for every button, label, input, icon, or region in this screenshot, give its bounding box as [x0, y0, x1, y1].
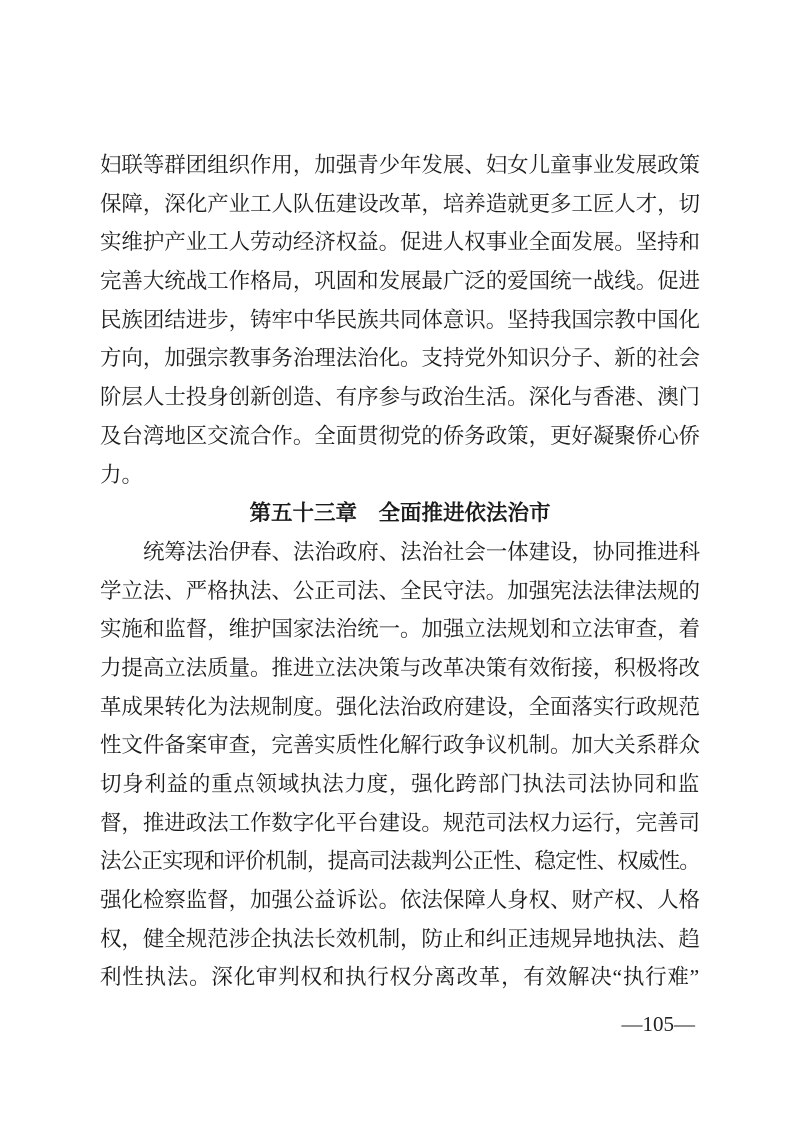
body-text: 妇联等群团组织作用，加强青少年发展、妇女儿童事业发展政策 保障，深化产业工人队伍…	[100, 146, 700, 997]
text-run: 完善大统战工作格局，巩固和发展最广泛的爱国统一战线。促进	[100, 269, 700, 293]
text-run: 法公正实现和评价机制，提高司法裁判公正性、稳定性、权威性。	[100, 849, 700, 873]
text-run: 实施和监督，维护国家法治统一。加强立法规划和立法审查，着	[100, 617, 700, 641]
text-line: 民族团结进步，铸牢中华民族共同体意识。坚持我国宗教中国化	[100, 301, 700, 340]
text-run: 革成果转化为法规制度。强化法治政府建设，全面落实行政规范	[100, 695, 700, 719]
text-line: 实施和监督，维护国家法治统一。加强立法规划和立法审查，着	[100, 610, 700, 649]
text-run: 强化检察监督，加强公益诉讼。依法保障人身权、财产权、人格	[100, 888, 700, 912]
text-run: 利性执法。深化审判权和执行权分离改革，有效解决“执行难”	[100, 965, 700, 989]
text-line: 力。	[100, 456, 700, 495]
text-run: 保障，深化产业工人队伍建设改革，培养造就更多工匠人才，切	[100, 192, 700, 216]
text-line: 妇联等群团组织作用，加强青少年发展、妇女儿童事业发展政策	[100, 146, 700, 185]
text-line: 切身利益的重点领域执法力度，强化跨部门执法司法协同和监	[100, 765, 700, 804]
chapter-heading-text: 第五十三章 全面推进依法治市	[249, 501, 550, 525]
text-line: 完善大统战工作格局，巩固和发展最广泛的爱国统一战线。促进	[100, 262, 700, 301]
document-page: 妇联等群团组织作用，加强青少年发展、妇女儿童事业发展政策 保障，深化产业工人队伍…	[0, 0, 793, 1122]
text-line: 阶层人士投身创新创造、有序参与政治生活。深化与香港、澳门	[100, 378, 700, 417]
text-run: 权，健全规范涉企执法长效机制，防止和纠正违规异地执法、趋	[100, 927, 700, 951]
page-number: —105—	[622, 1012, 696, 1036]
text-run: 阶层人士投身创新创造、有序参与政治生活。深化与香港、澳门	[100, 385, 700, 409]
text-line: 法公正实现和评价机制，提高司法裁判公正性、稳定性、权威性。	[100, 842, 700, 881]
text-run: 及台湾地区交流合作。全面贯彻党的侨务政策，更好凝聚侨心侨	[100, 424, 700, 448]
text-run: 学立法、严格执法、公正司法、全民守法。加强宪法法律法规的	[100, 579, 700, 603]
text-line: 统筹法治伊春、法治政府、法治社会一体建设，协同推进科	[100, 533, 700, 572]
text-line: 方向，加强宗教事务治理法治化。支持党外知识分子、新的社会	[100, 339, 700, 378]
text-run: 力。	[100, 463, 143, 487]
text-run: 切身利益的重点领域执法力度，强化跨部门执法司法协同和监	[100, 772, 700, 796]
text-run: 实维护产业工人劳动经济权益。促进人权事业全面发展。坚持和	[100, 230, 700, 254]
text-line: 利性执法。深化审判权和执行权分离改革，有效解决“执行难”	[100, 958, 700, 997]
text-run: 性文件备案审查，完善实质性化解行政争议机制。加大关系群众	[100, 733, 700, 757]
text-run: 方向，加强宗教事务治理法治化。支持党外知识分子、新的社会	[100, 346, 700, 370]
text-line: 学立法、严格执法、公正司法、全民守法。加强宪法法律法规的	[100, 572, 700, 611]
text-line: 强化检察监督，加强公益诉讼。依法保障人身权、财产权、人格	[100, 881, 700, 920]
chapter-heading: 第五十三章 全面推进依法治市	[100, 494, 700, 533]
text-run: 力提高立法质量。推进立法决策与改革决策有效衔接，积极将改	[100, 656, 700, 680]
text-run: 统筹法治伊春、法治政府、法治社会一体建设，协同推进科	[143, 540, 700, 564]
text-run: 妇联等群团组织作用，加强青少年发展、妇女儿童事业发展政策	[100, 153, 700, 177]
page-number-text: —105—	[622, 1012, 696, 1036]
text-line: 督，推进政法工作数字化平台建设。规范司法权力运行，完善司	[100, 804, 700, 843]
text-line: 权，健全规范涉企执法长效机制，防止和纠正违规异地执法、趋	[100, 920, 700, 959]
text-line: 保障，深化产业工人队伍建设改革，培养造就更多工匠人才，切	[100, 185, 700, 224]
text-line: 力提高立法质量。推进立法决策与改革决策有效衔接，积极将改	[100, 649, 700, 688]
text-line: 及台湾地区交流合作。全面贯彻党的侨务政策，更好凝聚侨心侨	[100, 417, 700, 456]
text-line: 革成果转化为法规制度。强化法治政府建设，全面落实行政规范	[100, 688, 700, 727]
text-line: 性文件备案审查，完善实质性化解行政争议机制。加大关系群众	[100, 726, 700, 765]
text-run: 民族团结进步，铸牢中华民族共同体意识。坚持我国宗教中国化	[100, 308, 700, 332]
text-run: 督，推进政法工作数字化平台建设。规范司法权力运行，完善司	[100, 811, 700, 835]
text-line: 实维护产业工人劳动经济权益。促进人权事业全面发展。坚持和	[100, 223, 700, 262]
